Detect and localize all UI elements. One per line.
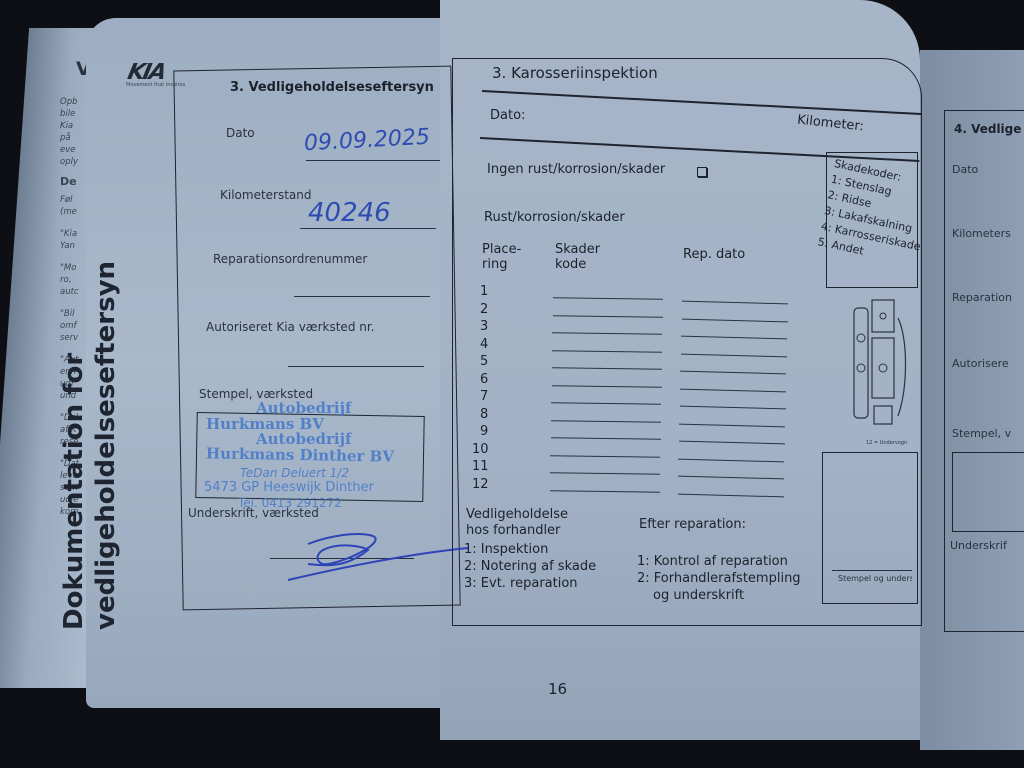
- column-header-repair-date: Rep. dato: [683, 247, 745, 262]
- next-mileage-label: Kilometers: [952, 227, 1011, 240]
- dealer-stamp-line: [832, 570, 912, 571]
- after-repair-step: 2: Forhandlerafstempling: [637, 570, 801, 587]
- vertical-page-title: Dokumentation for vedligeholdelsesefters…: [58, 261, 122, 630]
- no-rust-checkbox[interactable]: [697, 167, 707, 177]
- after-repair-title: Efter reparation:: [639, 517, 746, 532]
- next-stamp-label: Stempel, v: [952, 427, 1011, 440]
- next-date-label: Dato: [952, 163, 978, 176]
- row-number: 9: [480, 424, 488, 439]
- date-label: Dato: [226, 126, 255, 140]
- next-workshop-label: Autorisere: [952, 357, 1009, 370]
- row-number: 12: [472, 477, 489, 492]
- after-repair-steps: 1: Kontrol af reparation2: Forhandlerafs…: [637, 553, 801, 604]
- row-number: 8: [480, 407, 488, 422]
- next-stamp-box[interactable]: [952, 452, 1024, 532]
- mileage-label: Kilometerstand: [220, 188, 312, 202]
- maintenance-step: 3: Evt. reparation: [464, 575, 596, 592]
- stamp-text-line: Hurkmans Dinther BV: [206, 444, 394, 465]
- row-number: 7: [480, 389, 488, 404]
- car-underbody-diagram: [848, 298, 912, 438]
- column-header-placement: Place- ring: [482, 242, 521, 272]
- next-service-box: [944, 110, 1024, 632]
- workshop-number-field[interactable]: [288, 366, 424, 367]
- row-number: 10: [472, 442, 489, 457]
- maintenance-step: 2: Notering af skade: [464, 558, 596, 575]
- next-service-title: 4. Vedlige: [954, 122, 1021, 136]
- column-header-damage-code: Skader kode: [555, 242, 600, 272]
- row-number: 3: [480, 319, 488, 334]
- stamp-text-line: TeDan Deluert 1/2: [240, 466, 349, 480]
- vertical-title-line-2: vedligeholdelseseftersyn: [90, 261, 122, 630]
- workshop-number-label: Autoriseret Kia værksted nr.: [206, 320, 375, 334]
- vertical-title-line-1: Dokumentation for: [58, 261, 90, 630]
- row-number: 4: [480, 337, 488, 352]
- stamp-text-line: 5473 GP Heeswijk Dinther: [204, 480, 374, 495]
- mileage-underline: [300, 228, 436, 229]
- next-signature-label: Underskrif: [950, 539, 1007, 552]
- row-number: 11: [472, 459, 489, 474]
- rust-label: Rust/korrosion/skader: [484, 210, 625, 225]
- after-repair-step: og underskrift: [637, 587, 801, 604]
- service-record-title: 3. Vedligeholdelseseftersyn: [230, 80, 434, 95]
- body-inspection-title: 3. Karosseriinspektion: [492, 64, 658, 82]
- maintenance-step: 1: Inspektion: [464, 541, 596, 558]
- repair-order-field[interactable]: [294, 296, 430, 297]
- inspection-date-label: Dato:: [490, 108, 525, 123]
- damage-codes-list: Skadekoder: 1: Stenslag2: Ridse3: Lakafs…: [816, 156, 935, 271]
- maintenance-title: Vedligeholdelse hos forhandler: [466, 507, 568, 539]
- row-number: 6: [480, 372, 488, 387]
- repair-order-label: Reparationsordrenummer: [213, 252, 367, 266]
- maintenance-title-line: Vedligeholdelse: [466, 507, 568, 523]
- diagram-caption: 12 = Undervogn: [866, 440, 907, 446]
- row-number: 2: [480, 302, 488, 317]
- next-repair-order-label: Reparation: [952, 291, 1012, 304]
- maintenance-steps: 1: Inspektion2: Notering af skade3: Evt.…: [464, 541, 596, 592]
- dealer-stamp-label: Stempel og underskrift: [838, 574, 912, 583]
- mileage-value[interactable]: 40246: [308, 198, 391, 228]
- row-number: 5: [480, 354, 488, 369]
- maintenance-title-line: hos forhandler: [466, 523, 568, 539]
- date-underline: [306, 160, 440, 161]
- row-number: 1: [480, 284, 488, 299]
- page-number: 16: [548, 680, 567, 698]
- no-rust-label: Ingen rust/korrosion/skader: [487, 162, 665, 177]
- after-repair-step: 1: Kontrol af reparation: [637, 553, 801, 570]
